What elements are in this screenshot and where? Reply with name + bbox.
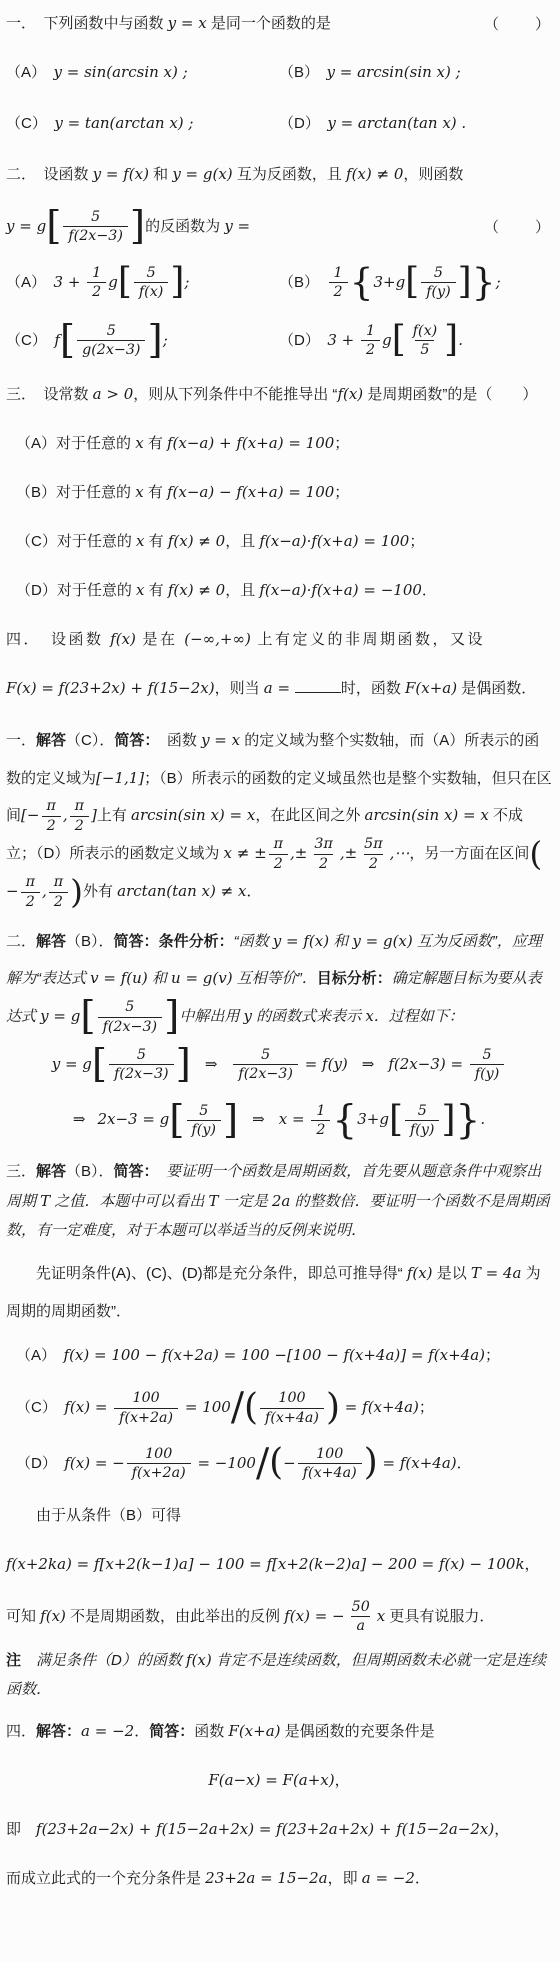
text-run: （B）． bbox=[66, 1163, 114, 1180]
solution-3-condition-b-lead: 由于从条件（B）可得 bbox=[6, 1507, 181, 1524]
stretched-bracket: ( bbox=[529, 840, 542, 868]
text-run: 四． 设函数 bbox=[6, 631, 110, 648]
fraction-numerator: 5 bbox=[413, 1102, 432, 1120]
bold-text-run: 简答： bbox=[149, 1723, 194, 1740]
italic-text-run: 中解出用 bbox=[179, 1008, 243, 1025]
fraction-denominator: g(2x−3) bbox=[77, 340, 145, 359]
problem-3-option-a-line: （A）对于任意的 x 有 f(x−a) + f(x+a) = 100； bbox=[6, 428, 552, 459]
solution-4-paragraph-1: 四．解答：a = −2．简答：函数 F(x+a) 是偶函数的充要条件是 bbox=[6, 1723, 435, 1740]
fraction-numerator: 3π bbox=[309, 835, 337, 853]
fraction-denominator: 5 bbox=[415, 340, 434, 359]
fraction-denominator: f(x) bbox=[134, 282, 168, 301]
math-run: f(x) ≠ 0 bbox=[346, 165, 403, 183]
bold-text-run: 注 bbox=[6, 1652, 21, 1669]
math-run: F(a−x) = F(a+x) bbox=[208, 1771, 334, 1789]
text-run: ， bbox=[525, 1556, 540, 1573]
fraction-numerator: 5π bbox=[359, 835, 387, 853]
text-run: 和 bbox=[149, 166, 172, 183]
fraction: 5f(y) bbox=[187, 1102, 221, 1140]
problem-2-question-line-2: y = g[5f(2x−3)]的反函数为 y = （ ） bbox=[6, 208, 552, 246]
solution-1: 一．解答（C）．简答： 函数 y = x 的定义域为整个实数轴，而（A）所表示的… bbox=[6, 722, 552, 911]
fraction: π2 bbox=[49, 873, 68, 911]
text-run: ； bbox=[334, 484, 349, 501]
fraction-denominator: 2 bbox=[314, 854, 333, 873]
math-run: 3+g bbox=[357, 1110, 389, 1128]
fraction: 50a bbox=[347, 1598, 375, 1636]
text-run: （B）对于任意的 bbox=[16, 484, 135, 501]
stretched-bracket: ( bbox=[269, 1448, 283, 1479]
math-run: 2a bbox=[272, 1192, 291, 1210]
text-run: （A） bbox=[6, 274, 54, 291]
solution-4-paragraph-3-line: 而成立此式的一个充分条件是 23+2a = 15−2a，即 a = −2． bbox=[6, 1863, 552, 1894]
math-run: T bbox=[40, 1192, 50, 1210]
math-run: y = g bbox=[40, 1007, 80, 1025]
stretched-bracket: ) bbox=[70, 878, 83, 906]
problem-1: 一． 下列函数中与函数 y = x 是同一个函数的是 （ ） （A） y = s… bbox=[6, 8, 552, 139]
math-run: x = bbox=[279, 1110, 310, 1128]
fraction: 5f(2x−3) bbox=[98, 998, 163, 1036]
math-run: y = x bbox=[201, 731, 240, 749]
fraction-numerator: 1 bbox=[87, 264, 106, 282]
bold-text-run: 解答 bbox=[36, 1163, 66, 1180]
bold-text-run: 简答： bbox=[114, 732, 152, 749]
stretched-bracket: ] bbox=[164, 1000, 179, 1033]
math-run: T bbox=[209, 1192, 219, 1210]
text-run: ，则函数 bbox=[403, 166, 463, 183]
math-run: u = g(v) bbox=[171, 969, 233, 987]
math-run: = f(x+4a) bbox=[378, 1454, 457, 1472]
text-run: （B）． bbox=[66, 933, 114, 950]
text-run: （C） bbox=[6, 331, 54, 348]
solution-4: 四．解答：a = −2．简答：函数 F(x+a) 是偶函数的充要条件是 F(a−… bbox=[6, 1716, 552, 1894]
text-run: 互为反函数，且 bbox=[233, 166, 346, 183]
text-run: 可知 bbox=[6, 1608, 40, 1625]
math-run: 3+g bbox=[373, 273, 405, 291]
text-run: 时，函数 bbox=[341, 680, 405, 697]
problem-1-options-row-ab: （A） y = sin(arcsin x) ; （B） y = arcsin(s… bbox=[6, 57, 552, 88]
fraction-numerator: 5 bbox=[86, 208, 105, 226]
fraction: 12 bbox=[361, 322, 380, 360]
spacer bbox=[265, 1123, 279, 1124]
fraction-numerator: 5 bbox=[256, 1046, 275, 1064]
bold-text-run: 解答 bbox=[36, 732, 66, 749]
math-run: = f(x+4a) bbox=[340, 1398, 419, 1416]
math-run: f(x) = − bbox=[284, 1607, 344, 1625]
problem-3-option-d-line: （D）对于任意的 x 有 f(x) ≠ 0，且 f(x−a)·f(x+a) = … bbox=[6, 575, 552, 606]
solution-3-condition-b-formula: f(x+2ka) = f[x+2(k−1)a] − 100 = f[x+2(k−… bbox=[6, 1556, 540, 1573]
math-run: y = arcsin(sin x) ; bbox=[327, 63, 461, 81]
fraction-numerator: π bbox=[49, 873, 68, 891]
math-run: x bbox=[135, 483, 143, 501]
bold-text-run: 解答： bbox=[36, 1723, 81, 1740]
fraction-numerator: 5 bbox=[102, 322, 121, 340]
text-run: ； bbox=[485, 1347, 500, 1364]
math-run: a = bbox=[264, 679, 295, 697]
math-run: f(23+2a−2x) + f(15−2a+2x) = f(23+2a+2x) … bbox=[36, 1820, 494, 1838]
text-run: （C）对于任意的 bbox=[16, 533, 136, 550]
italic-text-run: 满足条件（D）的函数 bbox=[21, 1652, 186, 1669]
italic-text-run: 和 bbox=[329, 933, 352, 950]
math-run: y = g(x) bbox=[172, 165, 232, 183]
text-run: （C） bbox=[16, 1399, 64, 1416]
solution-4-paragraph-2-line: 即 f(23+2a−2x) + f(15−2a+2x) = f(23+2a+2x… bbox=[6, 1814, 552, 1845]
math-run: arctan(tan x) ≠ x bbox=[117, 882, 246, 900]
stretched-bracket: [ bbox=[80, 1000, 95, 1033]
fraction-denominator: 2 bbox=[70, 816, 89, 835]
fraction: 5π2 bbox=[359, 835, 387, 873]
math-run: f(x) = bbox=[64, 1398, 112, 1416]
text-run: 一． bbox=[6, 732, 36, 749]
math-run: ⇒ bbox=[205, 1055, 218, 1073]
math-run: x ≠ ± bbox=[224, 844, 267, 862]
problem-2-question-part-1: 二． 设函数 y = f(x) 和 y = g(x) 互为反函数，且 f(x) … bbox=[6, 166, 463, 183]
stretched-bracket: [ bbox=[392, 325, 406, 356]
fraction-numerator: 5 bbox=[478, 1046, 497, 1064]
fraction: 100f(x+2a) bbox=[114, 1389, 178, 1427]
problem-4-question-part-2: F(x) = f(23+2x) + f(15−2x)，则当 a = 时，函数 F… bbox=[6, 680, 536, 697]
problem-1-option-b: （B） y = arcsin(sin x) ; bbox=[279, 57, 552, 88]
fraction-denominator: 2 bbox=[329, 282, 348, 301]
fraction-denominator: f(2x−3) bbox=[109, 1064, 174, 1083]
problem-3-option-c-line: （C）对于任意的 x 有 f(x) ≠ 0，且 f(x−a)·f(x+a) = … bbox=[6, 526, 552, 557]
fraction: π2 bbox=[21, 873, 40, 911]
solution-2-derivation-line-2: ⇒2x−3 = g[5f(y)]⇒x = 12{3+g[5f(y)]}. bbox=[6, 1102, 552, 1140]
text-run: ． bbox=[457, 1455, 472, 1472]
text-run: （B） bbox=[279, 64, 327, 81]
stretched-bracket: { bbox=[332, 1104, 357, 1137]
fraction-numerator: 5 bbox=[120, 998, 139, 1016]
solution-4-paragraph-1-line: 四．解答：a = −2．简答：函数 F(x+a) 是偶函数的充要条件是 bbox=[6, 1716, 552, 1747]
text-run: ； bbox=[334, 435, 349, 452]
spacer bbox=[348, 1068, 362, 1069]
text-run: 是同一个函数的是 bbox=[207, 15, 331, 32]
math-run: f(x−a) − f(x+a) = 100 bbox=[167, 483, 334, 501]
math-run: ; bbox=[163, 330, 168, 348]
math-run: arcsin(sin x) = x bbox=[131, 806, 255, 824]
math-run: − bbox=[6, 882, 19, 900]
math-run: ,± bbox=[290, 844, 307, 862]
text-run: ，且 bbox=[225, 533, 259, 550]
text-run: 有 bbox=[144, 533, 167, 550]
math-run: = 100 bbox=[180, 1398, 231, 1416]
math-run: − bbox=[283, 1454, 296, 1472]
fraction: 5f(2x−3) bbox=[109, 1046, 174, 1084]
fraction-numerator: π bbox=[269, 835, 288, 853]
math-run: 3 + bbox=[327, 330, 359, 348]
text-run: 有 bbox=[144, 582, 167, 599]
text-run: 上有 bbox=[97, 807, 131, 824]
fraction: 5f(2x−3) bbox=[233, 1046, 298, 1084]
text-run: ． bbox=[422, 582, 437, 599]
text-run: 函数 bbox=[152, 732, 201, 749]
problem-3: 三． 设常数 a > 0，则从下列条件中不能推导出 “f(x) 是周期函数”的是… bbox=[6, 379, 552, 606]
math-run: ; bbox=[496, 273, 501, 291]
solution-1-paragraph: 一．解答（C）．简答： 函数 y = x 的定义域为整个实数轴，而（A）所表示的… bbox=[6, 722, 552, 911]
problem-3-question: 三． 设常数 a > 0，则从下列条件中不能推导出 “f(x) 是周期函数”的是… bbox=[6, 386, 537, 403]
stretched-bracket: ] bbox=[170, 267, 184, 298]
text-run: ； bbox=[409, 533, 424, 550]
fraction-numerator: 5 bbox=[194, 1102, 213, 1120]
problem-2-option-d: （D） 3 + 12g[f(x)5]. bbox=[279, 322, 552, 360]
text-run: （C）． bbox=[66, 732, 114, 749]
fraction: 5f(2x−3) bbox=[63, 208, 128, 246]
text-run: 先证明条件(A)、(C)、(D)都是充分条件，即总可推导得“ bbox=[6, 1265, 407, 1282]
solution-4-formula-line: F(a−x) = F(a+x)， bbox=[6, 1765, 552, 1796]
math-worksheet-page: 一． 下列函数中与函数 y = x 是同一个函数的是 （ ） （A） y = s… bbox=[0, 0, 560, 1962]
math-run: ⇒ bbox=[362, 1055, 375, 1073]
solution-3: 三．解答（B）．简答： 要证明一个函数是周期函数，首先要从题意条件中观察出周期 … bbox=[6, 1157, 552, 1704]
text-run: 即 bbox=[6, 1821, 36, 1838]
stretched-bracket: ( bbox=[244, 1393, 258, 1424]
problem-3-option-a: （A）对于任意的 x 有 f(x−a) + f(x+a) = 100； bbox=[16, 435, 349, 452]
text-run: ． bbox=[246, 883, 261, 900]
fraction: 5f(y) bbox=[405, 1102, 439, 1140]
math-run: ⇒ bbox=[73, 1110, 86, 1128]
italic-text-run: 和 bbox=[148, 970, 171, 987]
problem-2-question-line-1: 二． 设函数 y = f(x) 和 y = g(x) 互为反函数，且 f(x) … bbox=[6, 159, 552, 190]
stretched-bracket: ) bbox=[364, 1448, 378, 1479]
solution-3-case-d-line: （D） f(x) = −100f(x+2a) = −100/(−100f(x+4… bbox=[6, 1445, 552, 1483]
fraction-denominator: 2 bbox=[21, 892, 40, 911]
stretched-bracket: / bbox=[231, 1391, 244, 1424]
problem-2-options-row-cd: （C） f[5g(2x−3)]; （D） 3 + 12g[f(x)5]. bbox=[6, 322, 552, 360]
math-run: y = tan(arctan x) ; bbox=[54, 114, 193, 132]
stretched-bracket: [ bbox=[389, 1105, 403, 1136]
text-run: 函数 bbox=[194, 1723, 228, 1740]
stretched-bracket: ] bbox=[176, 1048, 191, 1081]
text-run: 更具有说服力． bbox=[385, 1608, 494, 1625]
problem-3-option-d: （D）对于任意的 x 有 f(x) ≠ 0，且 f(x−a)·f(x+a) = … bbox=[16, 582, 437, 599]
math-run: a > 0 bbox=[93, 385, 134, 403]
stretched-bracket: ] bbox=[147, 324, 162, 357]
text-run: 的反函数为 bbox=[145, 218, 224, 235]
fraction-numerator: f(x) bbox=[408, 322, 442, 340]
spacer bbox=[238, 1123, 252, 1124]
bold-text-run: 目标分析： bbox=[317, 970, 392, 987]
text-run: 不是周期函数，由此举出的反例 bbox=[66, 1608, 284, 1625]
solution-2: 二．解答（B）．简答：条件分析：“函数 y = f(x) 和 y = g(x) … bbox=[6, 923, 552, 1139]
solution-3-paragraph-2: 先证明条件(A)、(C)、(D)都是充分条件，即总可推导得“ f(x) 是以 T… bbox=[6, 1255, 552, 1330]
text-run: （D） bbox=[16, 1455, 64, 1472]
problem-2-option-c: （C） f[5g(2x−3)]; bbox=[6, 322, 279, 360]
solution-3-case-d: （D） f(x) = −100f(x+2a) = −100/(−100f(x+4… bbox=[16, 1455, 472, 1472]
math-run: 23+2a = 15−2a bbox=[205, 1869, 327, 1887]
math-run: y = arctan(tan x) . bbox=[327, 114, 466, 132]
math-run: = f(y) bbox=[300, 1055, 348, 1073]
problem-2-option-b: （B） 12{3+g[5f(y)]}; bbox=[279, 264, 552, 302]
text-run: （D）对于任意的 bbox=[16, 582, 136, 599]
italic-text-run: 的函数式来表示 bbox=[252, 1008, 365, 1025]
fraction: 100f(x+4a) bbox=[298, 1445, 362, 1483]
math-run: a = −2 bbox=[362, 1869, 415, 1887]
text-run: 外有 bbox=[83, 883, 117, 900]
fraction-numerator: 5 bbox=[132, 1046, 151, 1064]
fraction-numerator: 50 bbox=[347, 1598, 375, 1616]
fraction-denominator: 2 bbox=[311, 1120, 330, 1139]
math-run: f(2x−3) = bbox=[388, 1055, 467, 1073]
text-run: 上有定义的非周期函数，又设 bbox=[251, 631, 485, 648]
fraction-numerator: 5 bbox=[142, 264, 161, 282]
text-run: ，则当 bbox=[215, 680, 264, 697]
fraction: 5f(y) bbox=[421, 264, 455, 302]
text-run: （D） bbox=[279, 331, 327, 348]
fraction-denominator: f(y) bbox=[470, 1064, 504, 1083]
problem-1-title-line: 一． 下列函数中与函数 y = x 是同一个函数的是 （ ） bbox=[6, 8, 552, 39]
stretched-bracket: } bbox=[456, 1104, 481, 1137]
math-run: y bbox=[243, 1007, 251, 1025]
stretched-bracket: ] bbox=[441, 1105, 455, 1136]
problem-1-answer-parens: （ ） bbox=[484, 13, 552, 34]
math-run: = −100 bbox=[193, 1454, 256, 1472]
problem-4-question-line-2: F(x) = f(23+2x) + f(15−2x)，则当 a = 时，函数 F… bbox=[6, 673, 552, 704]
stretched-bracket: [ bbox=[92, 1048, 107, 1081]
math-run: 2x−3 = g bbox=[97, 1110, 169, 1128]
stretched-bracket: [ bbox=[46, 210, 61, 243]
text-run: ， bbox=[335, 1772, 350, 1789]
text-run: ， bbox=[494, 1821, 509, 1838]
math-run: f(x) bbox=[337, 385, 363, 403]
stretched-bracket: [ bbox=[169, 1104, 184, 1137]
problem-3-option-b: （B）对于任意的 x 有 f(x−a) − f(x+a) = 100； bbox=[16, 484, 349, 501]
problem-1-options-row-cd: （C） y = tan(arctan x) ; （D） y = arctan(t… bbox=[6, 108, 552, 139]
text-run: 是周期函数”的是（ ） bbox=[363, 386, 537, 403]
fraction: 100f(x+4a) bbox=[260, 1389, 324, 1427]
fraction-denominator: 2 bbox=[361, 340, 380, 359]
fraction-numerator: 100 bbox=[140, 1445, 177, 1463]
math-run: 3 + bbox=[54, 273, 86, 291]
solution-3-condition-b-lead-line: 由于从条件（B）可得 bbox=[6, 1501, 552, 1531]
text-run: 是以 bbox=[433, 1265, 471, 1282]
math-run: y = bbox=[224, 217, 250, 235]
text-run: 是偶函数． bbox=[457, 680, 536, 697]
solution-3-case-c: （C） f(x) = 100f(x+2a) = 100/(100f(x+4a))… bbox=[16, 1399, 434, 1416]
text-run: 有 bbox=[144, 484, 167, 501]
bold-text-run: 简答： bbox=[114, 933, 159, 950]
fraction: 100f(x+2a) bbox=[127, 1445, 191, 1483]
fraction-denominator: f(x+4a) bbox=[260, 1408, 324, 1427]
stretched-bracket: ] bbox=[444, 325, 458, 356]
math-run: (−∞,+∞) bbox=[184, 630, 251, 648]
fraction-numerator: π bbox=[21, 873, 40, 891]
math-run: f(x−a)·f(x+a) = −100 bbox=[259, 581, 422, 599]
fraction-denominator: 2 bbox=[49, 892, 68, 911]
math-run: y = g bbox=[6, 217, 46, 235]
math-run: a = −2 bbox=[81, 1722, 134, 1740]
math-run: ,⋯ bbox=[390, 844, 410, 862]
solution-2-formula-2: ⇒2x−3 = g[5f(y)]⇒x = 12{3+g[5f(y)]}. bbox=[73, 1111, 485, 1128]
math-run: ⇒ bbox=[252, 1110, 265, 1128]
text-run: 是在 bbox=[136, 631, 184, 648]
fraction: 12 bbox=[87, 264, 106, 302]
math-run: . bbox=[458, 330, 463, 348]
solution-3-paragraph-1: 三．解答（B）．简答： 要证明一个函数是周期函数，首先要从题意条件中观察出周期 … bbox=[6, 1157, 552, 1245]
text-run: （C） bbox=[6, 115, 54, 132]
fraction: f(x)5 bbox=[408, 322, 442, 360]
fraction-numerator: 1 bbox=[311, 1102, 330, 1120]
stretched-bracket: { bbox=[350, 267, 374, 299]
math-run: f(x) = 100 − f(x+2a) = 100 −[100 − f(x+4… bbox=[64, 1346, 485, 1364]
bold-text-run: 简答： bbox=[114, 1163, 152, 1180]
math-run: y = f(x) bbox=[93, 165, 149, 183]
spacer bbox=[85, 1123, 97, 1124]
fraction-denominator: 2 bbox=[42, 816, 61, 835]
fraction-denominator: 2 bbox=[269, 854, 288, 873]
fraction-denominator: f(y) bbox=[187, 1120, 221, 1139]
italic-text-run: 之值．本题中可以看出 bbox=[50, 1193, 208, 1210]
solution-3-note: 注 满足条件（D）的函数 f(x) 肯定不是连续函数，但周期函数未必就一定是连续… bbox=[6, 1646, 552, 1705]
fraction-numerator: 1 bbox=[361, 322, 380, 340]
math-run: f(x) = − bbox=[64, 1454, 124, 1472]
math-run: f(x) bbox=[186, 1651, 212, 1669]
math-run: , bbox=[42, 882, 47, 900]
italic-text-run: “函数 bbox=[234, 933, 273, 950]
math-run: f(x) ≠ 0 bbox=[168, 581, 225, 599]
solution-2-formula-1: y = g[5f(2x−3)]⇒5f(2x−3) = f(y)⇒f(2x−3) … bbox=[52, 1056, 507, 1073]
problem-2-answer-parens: （ ） bbox=[484, 216, 552, 237]
problem-2: 二． 设函数 y = f(x) 和 y = g(x) 互为反函数，且 f(x) … bbox=[6, 159, 552, 359]
fraction-numerator: 5 bbox=[429, 264, 448, 282]
fraction-denominator: 2 bbox=[87, 282, 106, 301]
math-run: F(x+a) bbox=[405, 679, 457, 697]
text-run: ； bbox=[419, 1399, 434, 1416]
problem-4-question-line-1: 四． 设函数 f(x) 是在 (−∞,+∞) 上有定义的非周期函数，又设 bbox=[6, 624, 552, 655]
fraction-numerator: 100 bbox=[311, 1445, 348, 1463]
bold-text-run: 解答 bbox=[36, 933, 66, 950]
solution-3-case-c-line: （C） f(x) = 100f(x+2a) = 100/(100f(x+4a))… bbox=[6, 1389, 552, 1427]
stretched-bracket: ] bbox=[223, 1104, 238, 1137]
problem-4: 四． 设函数 f(x) 是在 (−∞,+∞) 上有定义的非周期函数，又设 F(x… bbox=[6, 624, 552, 704]
spacer bbox=[217, 1068, 231, 1069]
fraction-denominator: f(y) bbox=[405, 1120, 439, 1139]
math-run: y = g bbox=[52, 1055, 92, 1073]
fraction-numerator: 1 bbox=[329, 264, 348, 282]
math-run: f(x) bbox=[407, 1264, 433, 1282]
math-run: g bbox=[382, 330, 392, 348]
math-run: y = x bbox=[168, 14, 207, 32]
text-run: ，即 bbox=[328, 1870, 362, 1887]
text-run: ，在此区间之外 bbox=[255, 807, 364, 824]
math-run: f(x+2ka) = f[x+2(k−1)a] − 100 = f[x+2(k−… bbox=[6, 1555, 525, 1573]
fraction-denominator: a bbox=[351, 1616, 370, 1635]
text-run: 一． 下列函数中与函数 bbox=[6, 15, 168, 32]
text-run: （A） bbox=[6, 64, 54, 81]
text-run: ． bbox=[134, 1723, 149, 1740]
fraction: 12 bbox=[329, 264, 348, 302]
stretched-bracket: [ bbox=[60, 324, 75, 357]
fraction-numerator: π bbox=[41, 797, 60, 815]
solution-2-derivation-line-1: y = g[5f(2x−3)]⇒5f(2x−3) = f(y)⇒f(2x−3) … bbox=[6, 1046, 552, 1084]
fraction-numerator: 100 bbox=[128, 1389, 165, 1407]
fraction-denominator: f(x+2a) bbox=[127, 1463, 191, 1482]
math-run: ,± bbox=[340, 844, 357, 862]
text-run: 四． bbox=[6, 1723, 36, 1740]
math-run: , bbox=[63, 806, 68, 824]
problem-1-question: 一． 下列函数中与函数 y = x 是同一个函数的是 bbox=[6, 8, 331, 39]
fraction: 12 bbox=[311, 1102, 330, 1140]
problem-1-option-c: （C） y = tan(arctan x) ; bbox=[6, 108, 279, 139]
italic-text-run: ．过程如下： bbox=[374, 1008, 464, 1025]
problem-3-title-line: 三． 设常数 a > 0，则从下列条件中不能推导出 “f(x) 是周期函数”的是… bbox=[6, 379, 552, 410]
fraction: 5f(x) bbox=[134, 264, 168, 302]
text-run: 三． bbox=[6, 1163, 36, 1180]
solution-4-formula: F(a−x) = F(a+x)， bbox=[208, 1772, 349, 1789]
text-run: 而成立此式的一个充分条件是 bbox=[6, 1870, 205, 1887]
stretched-bracket: [ bbox=[405, 267, 419, 298]
fraction-denominator: f(x+2a) bbox=[114, 1408, 178, 1427]
math-run: f(x) bbox=[110, 630, 136, 648]
fraction-denominator: 2 bbox=[364, 854, 383, 873]
text-run: ，且 bbox=[225, 582, 259, 599]
